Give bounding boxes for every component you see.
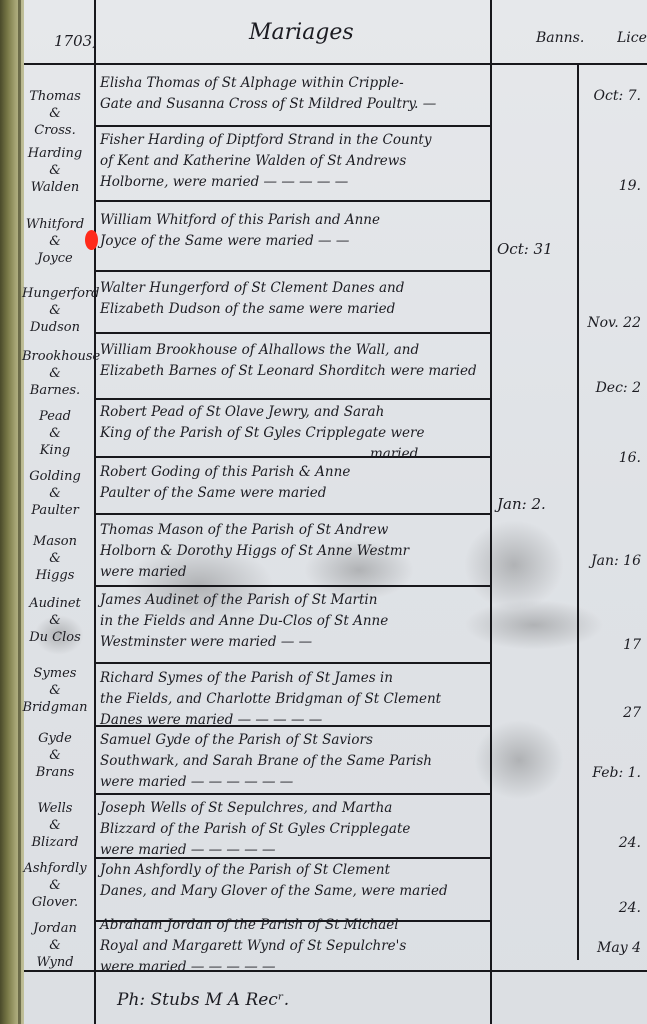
licence-date: 24. [619, 900, 641, 916]
surname-line: Pead [22, 408, 88, 425]
marriage-entry: William Whitford of this Parish and Anne… [100, 210, 478, 252]
entry-text-line: Holborn & Dorothy Higgs of St Anne Westm… [100, 541, 478, 562]
entry-text-line: Thomas Mason of the Parish of St Andrew [100, 520, 478, 541]
licence-date: 19. [619, 178, 641, 194]
surname-line: Wells [22, 800, 88, 817]
licence-date: Dec: 2 [596, 380, 641, 396]
entry-text-line: Gate and Susanna Cross of St Mildred Pou… [100, 94, 478, 115]
licence-date: Oct: 7. [594, 88, 641, 104]
entry-text-line: in the Fields and Anne Du-Clos of St Ann… [100, 611, 478, 632]
surname-line: Brookhouse [22, 348, 88, 365]
surname-line: Higgs [22, 567, 88, 584]
entry-text-line: were maried — — — — — [100, 840, 478, 861]
surname-line: Walden [22, 179, 88, 196]
surname-line: & [22, 937, 88, 954]
entry-text-line: William Brookhouse of Alhallows the Wall… [100, 340, 478, 361]
licence-date: 16. [619, 450, 641, 466]
entry-text-line: Elisha Thomas of St Alphage within Cripp… [100, 73, 478, 94]
entry-text-line: Elizabeth Barnes of St Leonard Shorditch… [100, 361, 478, 382]
entry-surnames: Gyde&Brans [22, 730, 88, 781]
rule-row [94, 662, 490, 664]
entry-text-line: were maried — — — — — — [100, 772, 478, 793]
entry-surnames: Wells&Blizard [22, 800, 88, 851]
marriage-entry: James Audinet of the Parish of St Martin… [100, 590, 478, 653]
entry-text-line: Blizzard of the Parish of St Gyles Cripp… [100, 819, 478, 840]
entry-surnames: Symes&Bridgman [22, 665, 88, 716]
rule-left-margin [94, 0, 96, 1024]
rule-row [94, 332, 490, 334]
entry-text-line: Southwark, and Sarah Brane of the Same P… [100, 751, 478, 772]
marriage-entry: Elisha Thomas of St Alphage within Cripp… [100, 73, 478, 115]
entry-surnames: Hungerford&Dudson [22, 285, 88, 336]
marriage-entry: William Brookhouse of Alhallows the Wall… [100, 340, 478, 382]
marriage-entry: Robert Goding of this Parish & AnnePault… [100, 462, 478, 504]
entry-surnames: Golding&Paulter [22, 468, 88, 519]
surname-line: & [22, 105, 88, 122]
surname-line: & [22, 425, 88, 442]
entry-surnames: Audinet&Du Clos [22, 595, 88, 646]
entry-text-line: King of the Parish of St Gyles Cripplega… [100, 423, 478, 444]
entry-surnames: Ashfordly&Glover. [22, 860, 88, 911]
entry-text-line: of Kent and Katherine Walden of St Andre… [100, 151, 478, 172]
surname-line: & [22, 550, 88, 567]
rule-row [94, 125, 490, 127]
entry-surnames: Mason&Higgs [22, 533, 88, 584]
surname-line: & [22, 877, 88, 894]
licence-date: 24. [619, 835, 641, 851]
entry-surnames: Pead&King [22, 408, 88, 459]
licence-date: May 4 [597, 940, 641, 956]
entry-text-line: Westminster were maried — — [100, 632, 478, 653]
entry-text-line: James Audinet of the Parish of St Martin [100, 590, 478, 611]
surname-line: & [22, 747, 88, 764]
surname-line: Brans [22, 764, 88, 781]
surname-line: Wynd [22, 954, 88, 971]
surname-line: Whitford [22, 216, 88, 233]
surname-line: & [22, 682, 88, 699]
entry-surnames: Thomas&Cross. [22, 88, 88, 139]
surname-line: Du Clos [22, 629, 88, 646]
column-header-banns: Banns. [536, 30, 584, 46]
licence-date: 27 [623, 705, 641, 721]
entry-text-line: were maried — — — — — [100, 957, 478, 978]
marriage-entry: Thomas Mason of the Parish of St AndrewH… [100, 520, 478, 583]
entry-text-line: Joseph Wells of St Sepulchres, and Marth… [100, 798, 478, 819]
rector-signature: Ph: Stubs M A Recʳ. [117, 990, 289, 1010]
marker-dot[interactable] [85, 230, 98, 250]
surname-line: Mason [22, 533, 88, 550]
surname-line: & [22, 612, 88, 629]
rule-row [94, 585, 490, 587]
entry-text-line: Joyce of the Same were maried — — [100, 231, 478, 252]
entry-surnames: Brookhouse&Barnes. [22, 348, 88, 399]
surname-line: Audinet [22, 595, 88, 612]
marriage-entry: Fisher Harding of Diptford Strand in the… [100, 130, 478, 193]
licence-date: 17 [623, 637, 641, 653]
entry-text-line: Robert Goding of this Parish & Anne [100, 462, 478, 483]
surname-line: Cross. [22, 122, 88, 139]
surname-line: Golding [22, 468, 88, 485]
surname-line: Ashfordly [22, 860, 88, 877]
entry-surnames: Jordan&Wynd [22, 920, 88, 971]
entry-text-line: Paulter of the Same were maried [100, 483, 478, 504]
entry-text-line: Holborne, were maried — — — — — [100, 172, 478, 193]
surname-line: & [22, 302, 88, 319]
marriage-entry: John Ashfordly of the Parish of St Cleme… [100, 860, 478, 902]
entry-text-line: John Ashfordly of the Parish of St Cleme… [100, 860, 478, 881]
surname-line: Barnes. [22, 382, 88, 399]
stain [474, 720, 564, 800]
entry-surnames: Harding&Walden [22, 145, 88, 196]
surname-line: Harding [22, 145, 88, 162]
marriage-entry: Joseph Wells of St Sepulchres, and Marth… [100, 798, 478, 861]
stain [464, 520, 564, 610]
rule-entry-right [490, 0, 492, 1024]
surname-line: King [22, 442, 88, 459]
entry-text-line: Abraham Jordan of the Parish of St Micha… [100, 915, 478, 936]
entry-text-line: the Fields, and Charlotte Bridgman of St… [100, 689, 478, 710]
licence-date: Feb: 1. [592, 765, 641, 781]
rule-row [94, 270, 490, 272]
surname-line: & [22, 485, 88, 502]
rule-banns-licence [577, 65, 579, 960]
entry-text-line: Royal and Margarett Wynd of St Sepulchre… [100, 936, 478, 957]
surname-line: Jordan [22, 920, 88, 937]
surname-line: Thomas [22, 88, 88, 105]
surname-line: & [22, 365, 88, 382]
surname-line: Symes [22, 665, 88, 682]
licence-date: Nov. 22 [587, 315, 641, 331]
surname-line: Dudson [22, 319, 88, 336]
surname-line: & [22, 233, 88, 250]
rule-row [94, 398, 490, 400]
surname-line: Hungerford [22, 285, 88, 302]
column-header-licence: Licence [617, 30, 647, 46]
surname-line: Gyde [22, 730, 88, 747]
entry-text-line: Robert Pead of St Olave Jewry, and Sarah [100, 402, 478, 423]
surname-line: Paulter [22, 502, 88, 519]
entry-text-line: William Whitford of this Parish and Anne [100, 210, 478, 231]
surname-line: Joyce [22, 250, 88, 267]
entry-text-line: Richard Symes of the Parish of St James … [100, 668, 478, 689]
surname-line: & [22, 817, 88, 834]
marriage-entry: Robert Pead of St Olave Jewry, and Sarah… [100, 402, 478, 465]
entry-text-line: were maried [100, 562, 478, 583]
rule-header [24, 63, 647, 65]
marriage-entry: Samuel Gyde of the Parish of St SaviorsS… [100, 730, 478, 793]
rule-row [94, 200, 490, 202]
surname-line: Blizard [22, 834, 88, 851]
marriage-entry: Walter Hungerford of St Clement Danes an… [100, 278, 478, 320]
register-year: 1703, [54, 32, 97, 50]
stain [464, 600, 604, 650]
banns-date: Oct: 31 [497, 240, 553, 258]
entry-text-line: Danes were maried — — — — — [100, 710, 478, 731]
surname-line: & [22, 162, 88, 179]
marriage-entry: Abraham Jordan of the Parish of St Micha… [100, 915, 478, 978]
marriage-entry: Richard Symes of the Parish of St James … [100, 668, 478, 731]
entry-text-line: Samuel Gyde of the Parish of St Saviors [100, 730, 478, 751]
entry-text-line: Elizabeth Dudson of the same were maried [100, 299, 478, 320]
entry-surnames: Whitford&Joyce [22, 216, 88, 267]
entry-text-line: Fisher Harding of Diptford Strand in the… [100, 130, 478, 151]
surname-line: Bridgman [22, 699, 88, 716]
banns-date: Jan: 2. [497, 495, 546, 513]
entry-text-line: Walter Hungerford of St Clement Danes an… [100, 278, 478, 299]
rule-row [94, 513, 490, 515]
entry-text-line: Danes, and Mary Glover of the Same, were… [100, 881, 478, 902]
rule-row [94, 793, 490, 795]
register-heading: Mariages [249, 20, 354, 45]
licence-date: Jan: 16 [591, 553, 641, 569]
surname-line: Glover. [22, 894, 88, 911]
